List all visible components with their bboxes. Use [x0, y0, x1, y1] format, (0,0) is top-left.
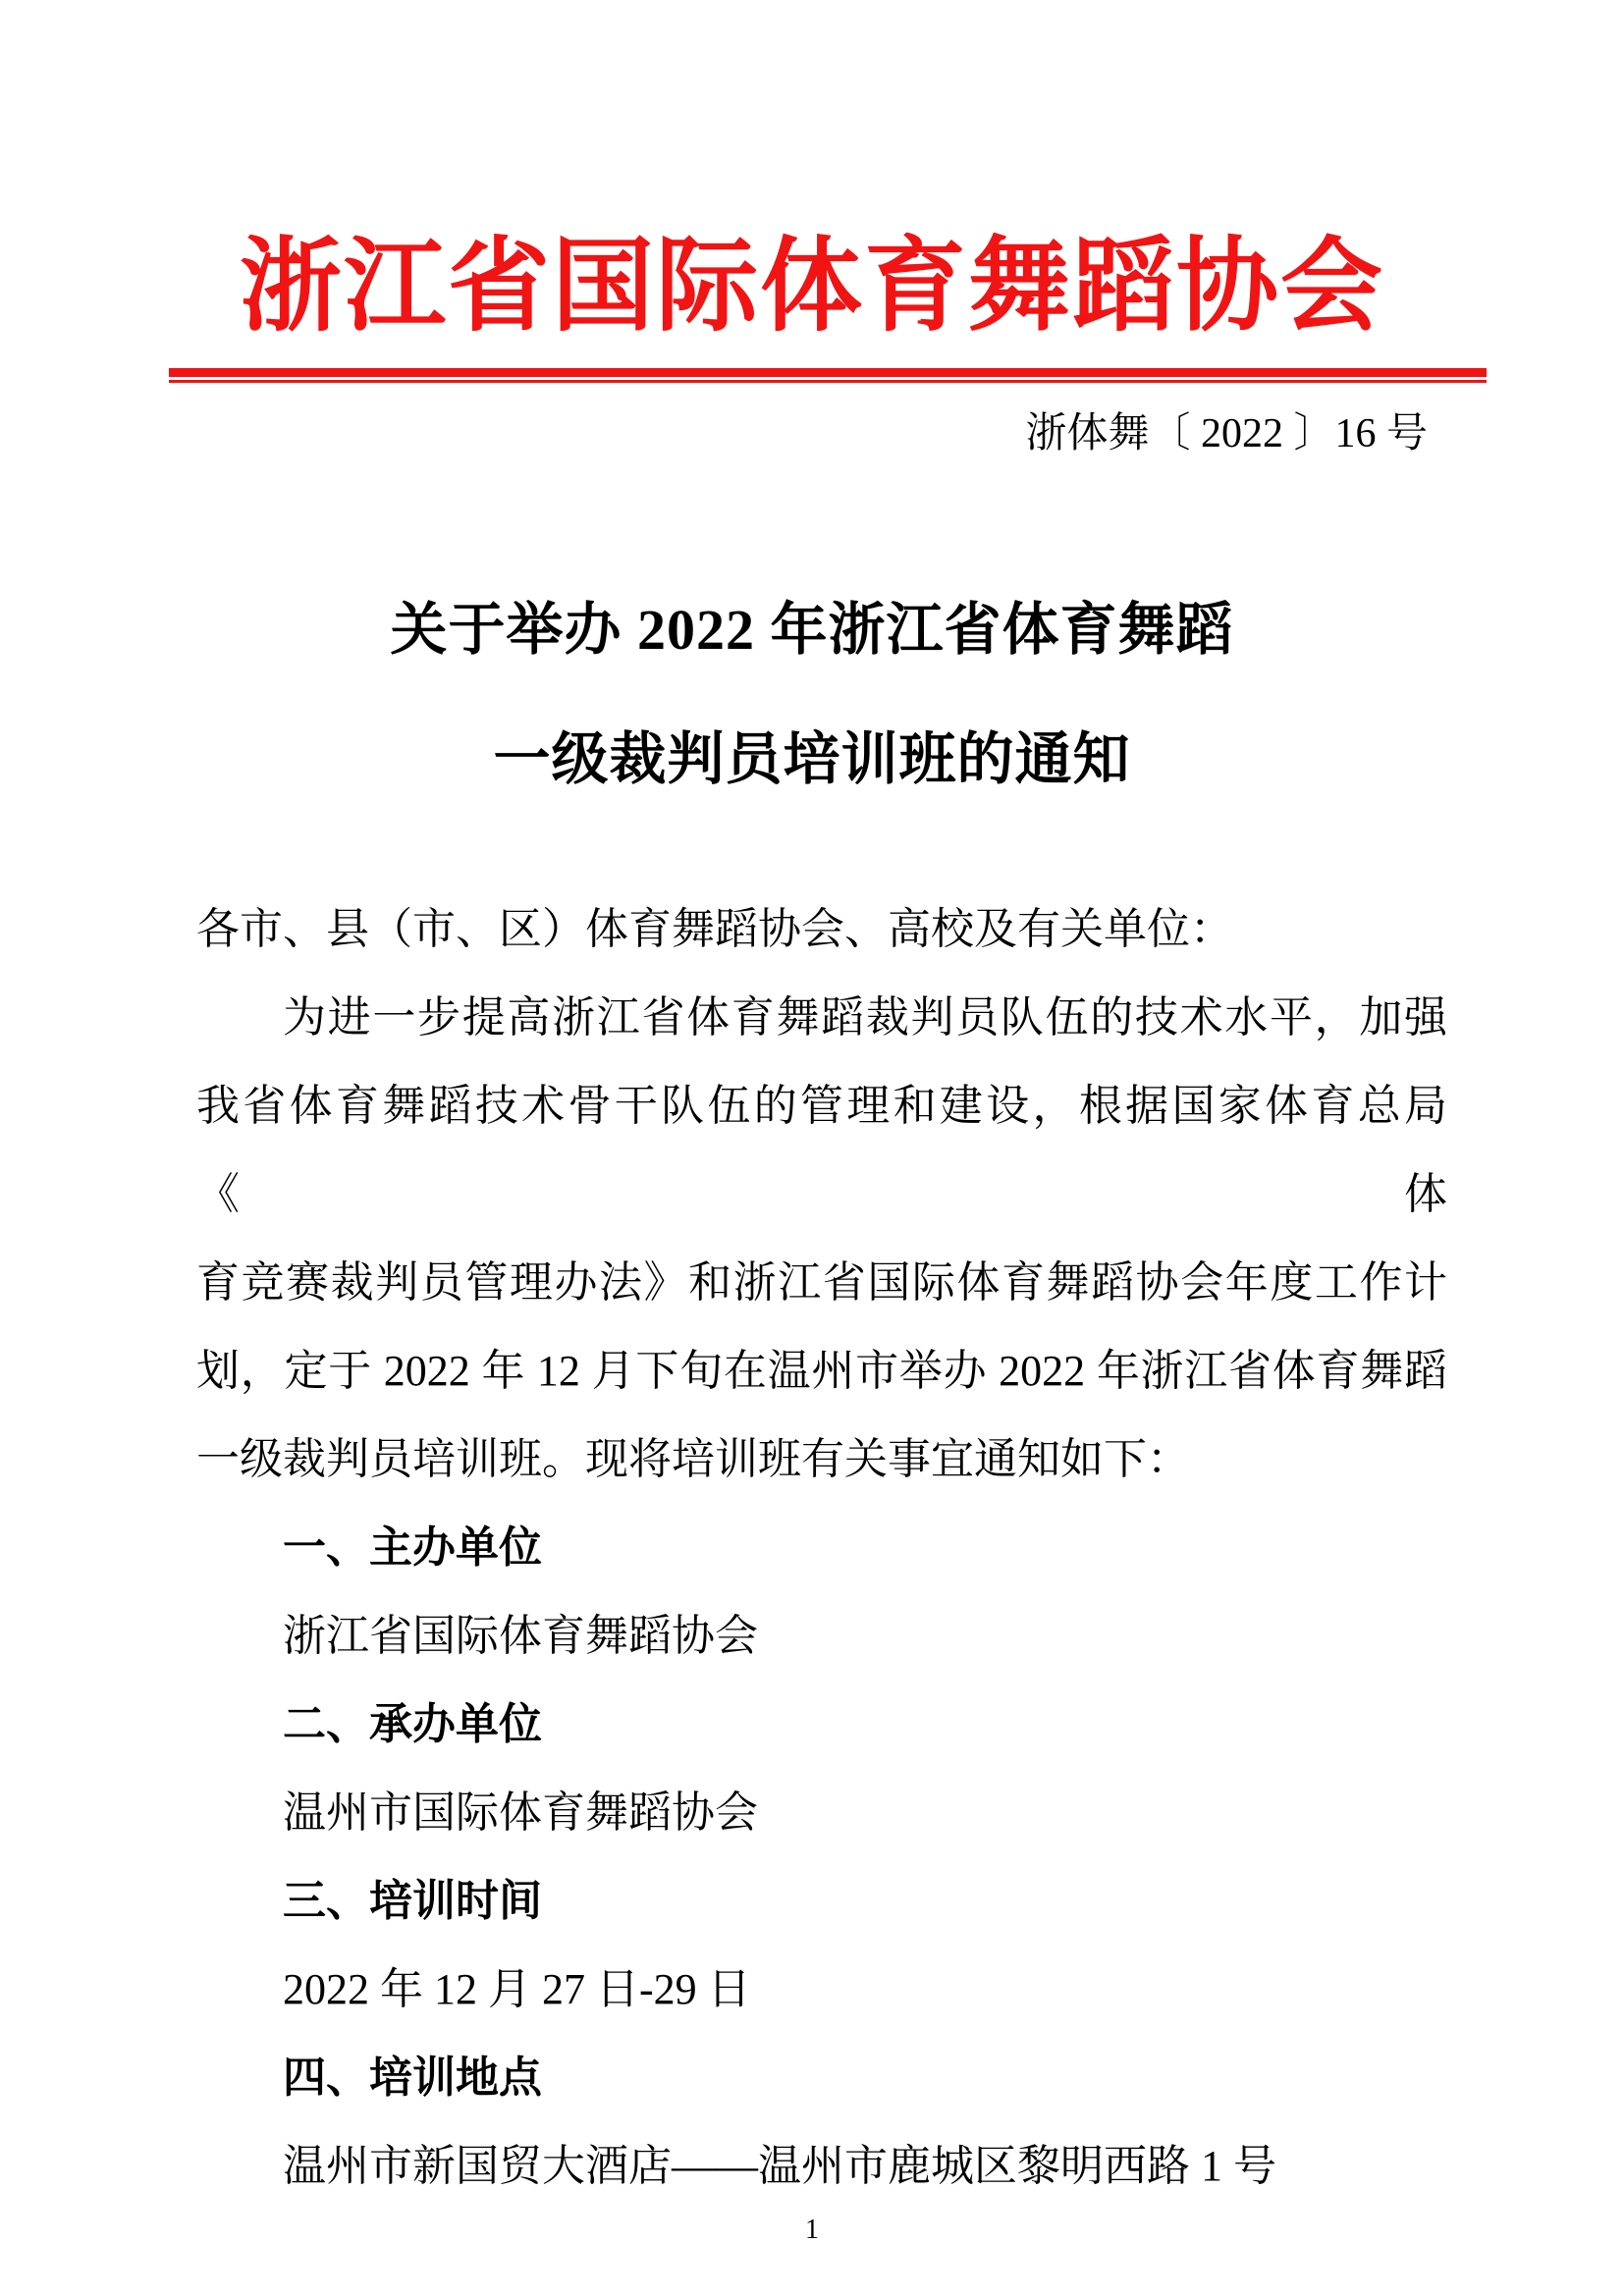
red-rule-thick-line	[169, 368, 1487, 377]
document-number: 浙体舞〔 2022 〕16 号	[0, 406, 1428, 461]
section-3-heading: 三、培训时间	[196, 1857, 1447, 1946]
section-2-heading: 二、承办单位	[196, 1681, 1447, 1769]
section-4-heading: 四、培训地点	[196, 2034, 1447, 2122]
page-number: 1	[0, 2211, 1624, 2250]
notice-body: 各市、县（市、区）体育舞蹈协会、高校及有关单位： 为进一步提高浙江省体育舞蹈裁判…	[196, 885, 1447, 2211]
section-1-content: 浙江省国际体育舞蹈协会	[196, 1592, 1447, 1681]
paragraph-line-3: 育竞赛裁判员管理办法》和浙江省国际体育舞蹈协会年度工作计	[196, 1239, 1447, 1327]
salutation-line: 各市、县（市、区）体育舞蹈协会、高校及有关单位：	[196, 885, 1447, 974]
document-page: 浙江省国际体育舞蹈协会 浙体舞〔 2022 〕16 号 关于举办 2022 年浙…	[0, 0, 1624, 2296]
paragraph-line-1: 为进一步提高浙江省体育舞蹈裁判员队伍的技术水平，加强	[196, 974, 1447, 1062]
notice-title-line-1: 关于举办 2022 年浙江省体育舞蹈	[0, 565, 1624, 695]
letterhead-red-rule	[169, 368, 1487, 383]
section-1-heading: 一、主办单位	[196, 1504, 1447, 1592]
section-4-content: 温州市新国贸大酒店——温州市鹿城区黎明西路 1 号	[196, 2122, 1447, 2211]
letterhead-org-name: 浙江省国际体育舞蹈协会	[0, 221, 1624, 353]
section-3-content: 2022 年 12 月 27 日-29 日	[196, 1946, 1447, 2034]
paragraph-line-4: 划，定于 2022 年 12 月下旬在温州市举办 2022 年浙江省体育舞蹈	[196, 1327, 1447, 1415]
notice-title-line-2: 一级裁判员培训班的通知	[0, 695, 1624, 825]
paragraph-line-2: 我省体育舞蹈技术骨干队伍的管理和建设，根据国家体育总局《体	[196, 1062, 1447, 1239]
paragraph-line-5: 一级裁判员培训班。现将培训班有关事宜通知如下：	[196, 1415, 1447, 1504]
section-2-content: 温州市国际体育舞蹈协会	[196, 1769, 1447, 1857]
notice-title: 关于举办 2022 年浙江省体育舞蹈 一级裁判员培训班的通知	[0, 565, 1624, 825]
red-rule-thin-line	[169, 380, 1487, 383]
